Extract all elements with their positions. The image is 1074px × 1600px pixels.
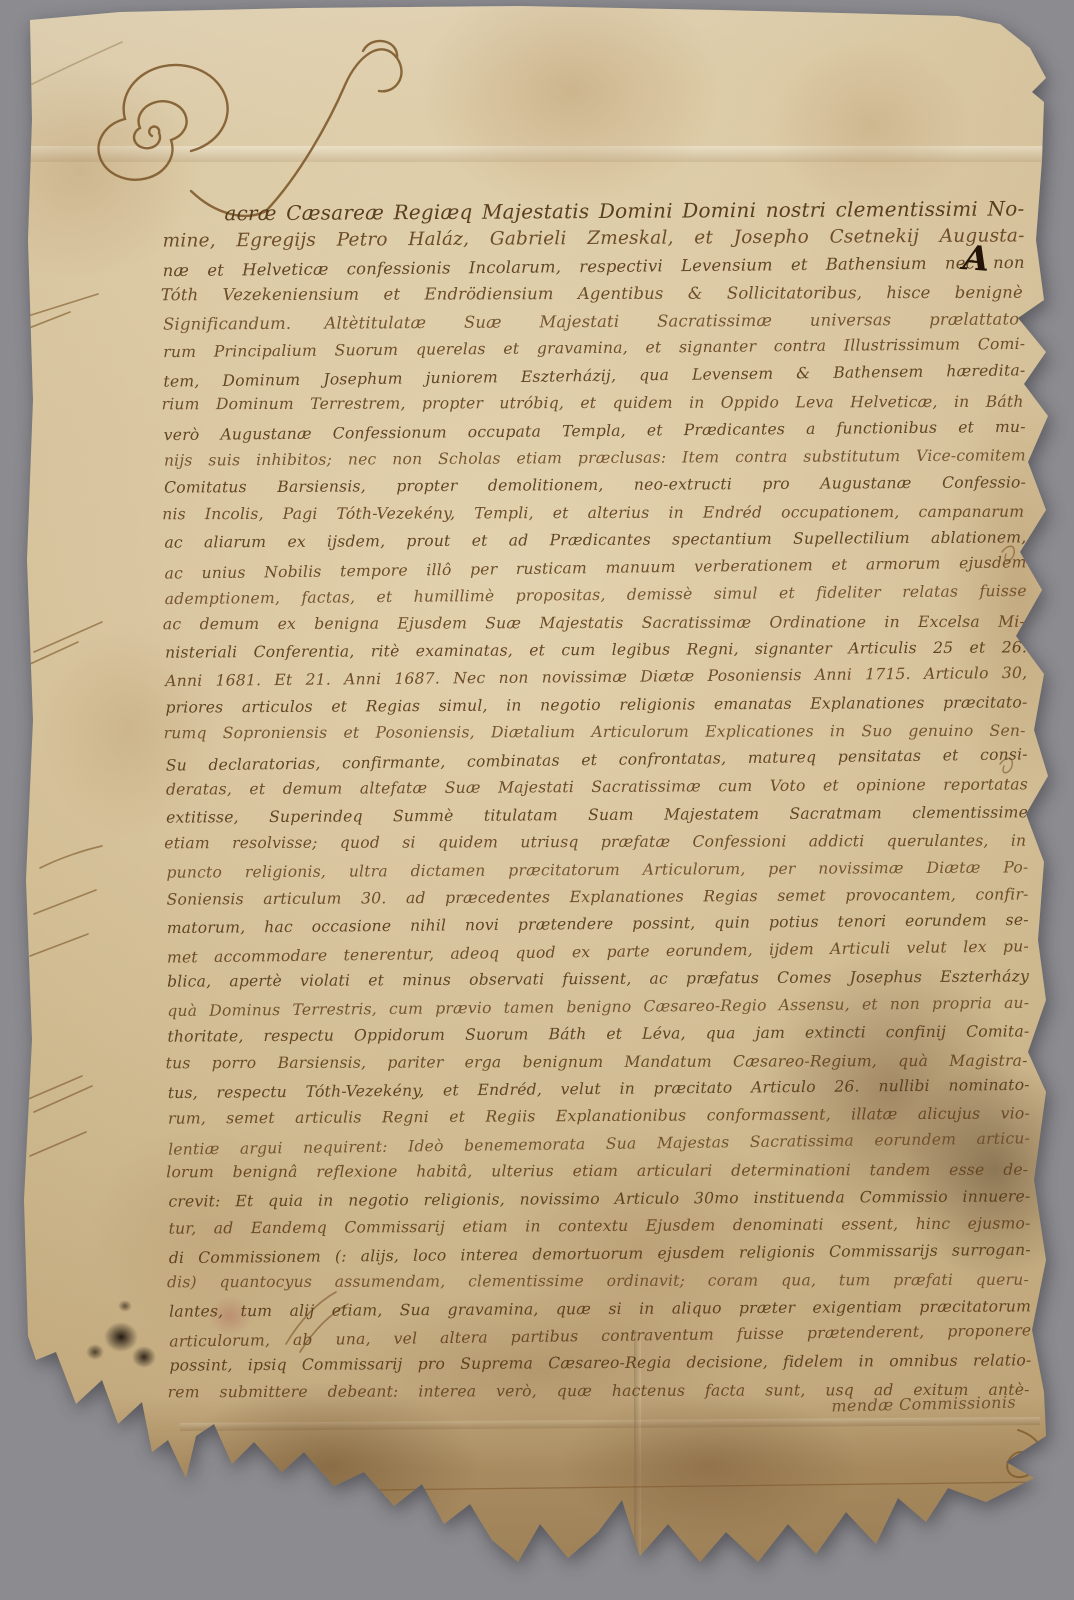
manuscript-line: priores articulos et Regias simul, in ne… (165, 689, 1027, 722)
manuscript-line: ac demum ex benigna Ejusdem Suæ Majestat… (163, 608, 1025, 638)
ink-blot (86, 1344, 104, 1360)
stain (0, 1395, 1074, 1575)
initial-flourish-icon (8, 41, 402, 216)
paraph-icon (1007, 1430, 1043, 1558)
manuscript-line: thoritate, respectu Oppidorum Suorum Bát… (167, 1018, 1029, 1051)
scanned-manuscript: acræ Cæsareæ Regiæq Majestatis Domini Do… (0, 0, 1074, 1600)
manuscript-line: dis) quantocyus assumendam, clementissim… (167, 1267, 1029, 1297)
manuscript-line: etiam resolvisse; quod si quidem utriusq… (164, 828, 1026, 858)
ink-blot (132, 1346, 156, 1368)
ink-blot (118, 1300, 132, 1312)
parchment-sheet: acræ Cæsareæ Regiæq Majestatis Domini Do… (0, 0, 1074, 1600)
manuscript-line: Comitatus Barsiensis, propter demolition… (164, 470, 1026, 503)
manuscript-line: possint, ipsiq Commissarij pro Suprema C… (169, 1348, 1031, 1381)
bold-correction-letter: A (962, 238, 991, 280)
crease (180, 1417, 1040, 1431)
ink-blot (104, 1322, 138, 1352)
page-background: { "document": { "kind": "handwritten Lat… (0, 0, 1074, 1600)
ruled-line (44, 1482, 1046, 1494)
manuscript-line: Tóth Vezekeniensium et Endrödiensium Age… (161, 279, 1023, 309)
manuscript-line: nis Incolis, Pagi Tóth-Vezekény, Templi,… (162, 499, 1024, 529)
stain (420, 0, 720, 210)
manuscript-line: extitisse, Superindeq Summè titulatam Su… (166, 799, 1028, 832)
manuscript-line: lorum benignâ reflexione habitâ, ulteriu… (166, 1157, 1028, 1187)
manuscript-text: acræ Cæsareæ Regiæq Majestatis Domini Do… (162, 195, 1031, 1407)
parchment: acræ Cæsareæ Regiæq Majestatis Domini Do… (0, 0, 1074, 1600)
crease (0, 146, 1074, 162)
stain (770, 40, 970, 210)
